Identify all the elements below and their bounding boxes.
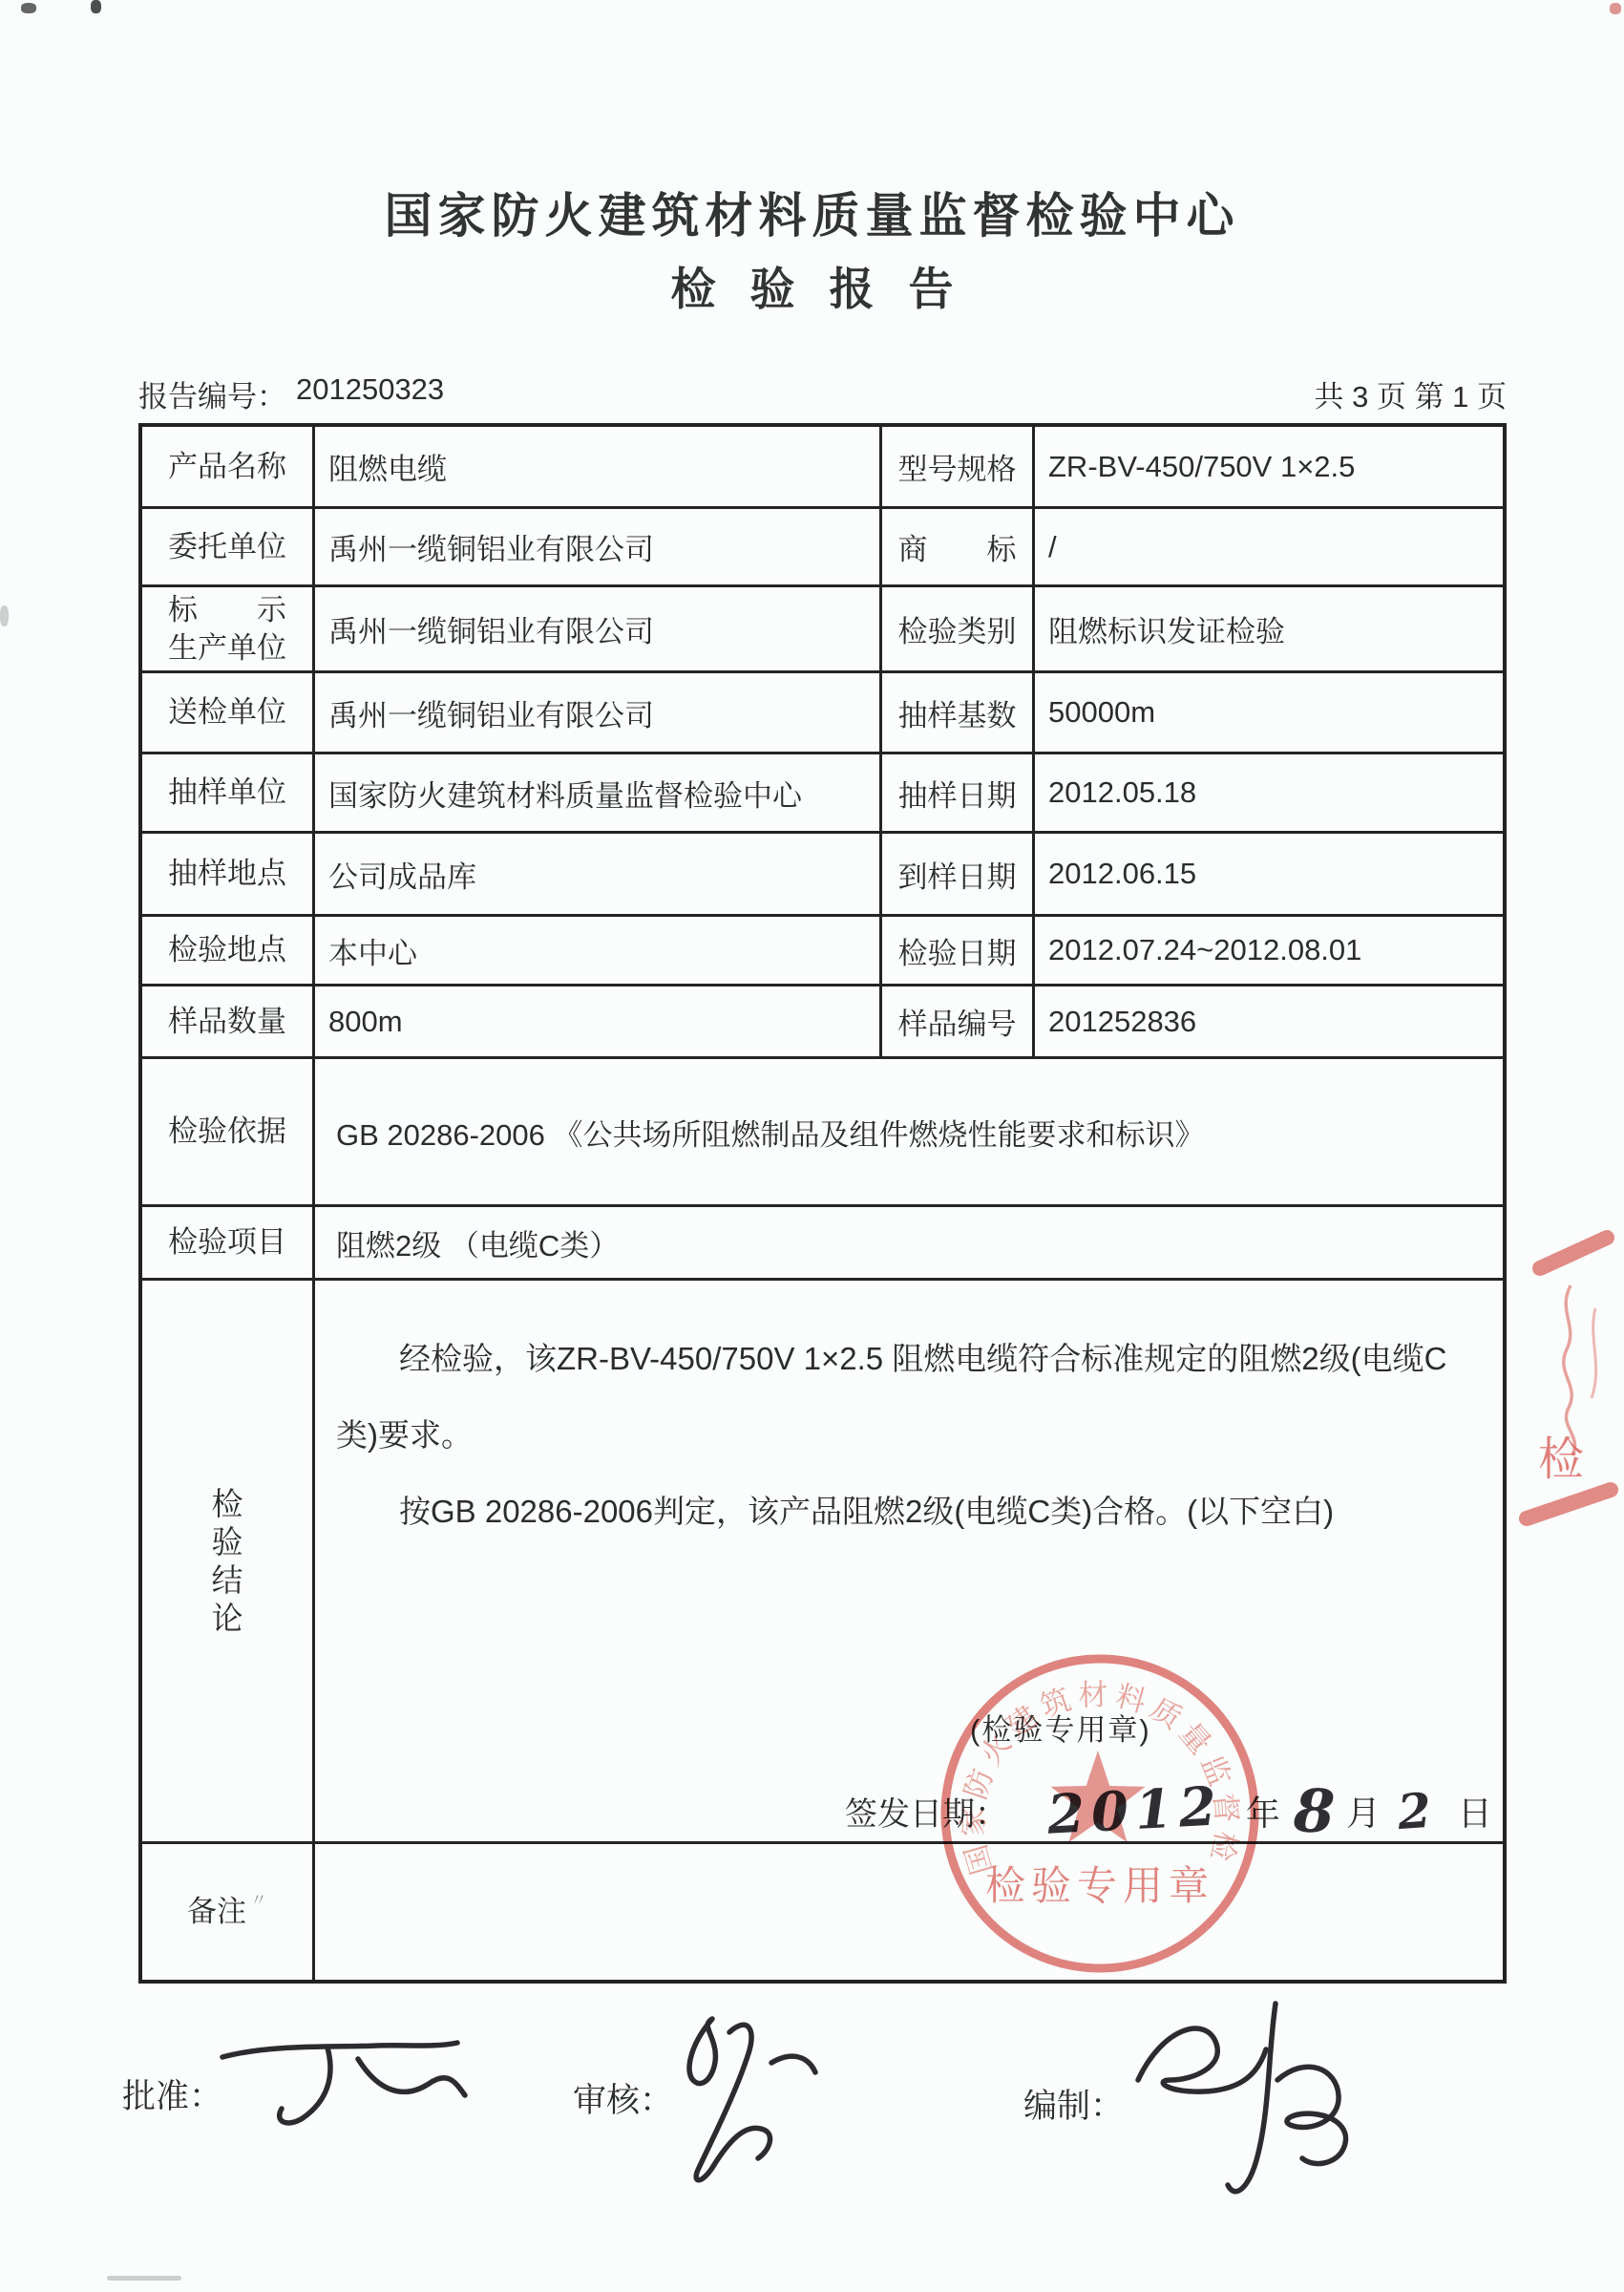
row-value2: 201252836 [1032,987,1503,1056]
table-row-sampling-unit: 抽样单位 国家防火建筑材料质量监督检验中心 抽样日期 2012.05.18 [142,752,1503,831]
table-row-conclusion: 检 验 结 论 经检验，该ZR-BV-450/750V 1×2.5 阻燃电缆符合… [142,1278,1503,1841]
conclusion-paragraph-2: 按GB 20286-2006判定，该产品阻燃2级(电缆C类)合格。(以下空白) [336,1474,1476,1550]
row-label: 送检单位 [142,673,312,752]
table-row-items: 检验项目 阻燃2级 （电缆C类） [142,1204,1503,1278]
row-label2: 商 标 [879,509,1032,584]
row-label2: 抽样日期 [879,754,1032,831]
row-value2: 2012.07.24~2012.08.01 [1032,917,1503,984]
row-label: 标 示 生产单位 [142,587,312,670]
scan-smudge [107,2276,181,2281]
row-value: 禹州一缆铜铝业有限公司 [312,509,879,584]
row-label: 委托单位 [142,509,312,584]
row-value2: ZR-BV-450/750V 1×2.5 [1032,427,1503,506]
handwritten-day: 2 [1396,1781,1433,1839]
scan-smudge [91,0,101,13]
report-number-label: 报告编号： [138,372,286,415]
approve-label: 批准： [122,2070,222,2118]
approve-signature [215,2017,473,2132]
row-value2: / [1032,509,1503,584]
table-row-remark: 备注 〃 [142,1841,1503,1980]
conclusion-label-char: 论 [212,1600,243,1638]
row-value: 本中心 [312,917,879,984]
edge-partial-stamp: 检 [1511,1220,1624,1549]
year-unit: 年 [1246,1787,1280,1836]
row-label2: 检验日期 [879,917,1032,984]
report-number-value: 201250323 [296,372,444,415]
report-table: 产品名称 阻燃电缆 型号规格 ZR-BV-450/750V 1×2.5 委托单位… [138,423,1507,1984]
table-row-sample-qty: 样品数量 800m 样品编号 201252836 [142,984,1503,1056]
row-label2: 抽样基数 [879,673,1032,752]
handwritten-year: 2012 [1045,1774,1224,1847]
row-label2: 样品编号 [879,987,1032,1056]
row-value2: 50000m [1032,673,1503,752]
day-unit: 日 [1458,1787,1492,1836]
issue-date-label: 签发日期： [845,1788,1007,1835]
table-row-basis: 检验依据 GB 20286-2006 《公共场所阻燃制品及组件燃烧性能要求和标识… [142,1056,1503,1204]
conclusion-label-char: 检 [212,1485,243,1523]
row-label: 检验依据 [142,1059,312,1204]
row-value: 公司成品库 [312,834,879,914]
review-signature [657,2005,848,2206]
row-label: 样品数量 [142,987,312,1056]
row-label: 抽样单位 [142,754,312,831]
month-unit: 月 [1346,1787,1381,1836]
row-label: 抽样地点 [142,834,312,914]
row-value: 800m [312,987,879,1056]
row-value: 禹州一缆铜铝业有限公司 [312,587,879,670]
prepare-signature [1125,1988,1373,2208]
conclusion-label-char: 验 [212,1523,243,1561]
page-count: 共 3 页 第 1 页 [1314,372,1507,415]
row-label: 检验项目 [142,1207,312,1278]
table-row-test-place: 检验地点 本中心 检验日期 2012.07.24~2012.08.01 [142,914,1503,984]
row-value: 阻燃2级 （电缆C类） [312,1207,1503,1278]
report-meta-line: 报告编号： 201250323 共 3 页 第 1 页 [138,372,1507,415]
stamp-note: (检验专用章) [970,1706,1151,1749]
handwritten-month: 8 [1293,1775,1337,1846]
issue-date-line: 签发日期： 2012 年 8 月 2 日 [845,1774,1492,1847]
row-label2: 检验类别 [879,587,1032,670]
table-row-submitter: 送检单位 禹州一缆铜铝业有限公司 抽样基数 50000m [142,670,1503,752]
table-row-manufacturer: 标 示 生产单位 禹州一缆铜铝业有限公司 检验类别 阻燃标识发证检验 [142,584,1503,670]
report-number: 报告编号： 201250323 [138,372,444,415]
report-page: 国家防火建筑材料质量监督检验中心 检验报告 报告编号： 201250323 共 … [0,0,1624,2292]
scan-smudge [0,605,9,626]
row-value: 国家防火建筑材料质量监督检验中心 [312,754,879,831]
row-label: 产品名称 [142,427,312,506]
table-row-product: 产品名称 阻燃电缆 型号规格 ZR-BV-450/750V 1×2.5 [142,427,1503,506]
row-value2: 2012.05.18 [1032,754,1503,831]
scan-smudge-red [1610,3,1621,14]
conclusion-label: 检 验 结 论 [142,1281,312,1841]
table-row-client: 委托单位 禹州一缆铜铝业有限公司 商 标 / [142,506,1503,584]
row-value: GB 20286-2006 《公共场所阻燃制品及组件燃烧性能要求和标识》 [312,1059,1503,1204]
row-label2: 到样日期 [879,834,1032,914]
document-title: 国家防火建筑材料质量监督检验中心 [0,178,1624,246]
row-value2: 阻燃标识发证检验 [1032,587,1503,670]
conclusion-paragraph-1: 经检验，该ZR-BV-450/750V 1×2.5 阻燃电缆符合标准规定的阻燃2… [336,1321,1476,1474]
row-label2: 型号规格 [879,427,1032,506]
remark-label: 备注 〃 [142,1844,312,1980]
row-label: 检验地点 [142,917,312,984]
prepare-label: 编制： [1023,2080,1124,2128]
remark-value [312,1844,1503,1980]
edge-stamp-char: 检 [1538,1434,1584,1485]
row-value: 阻燃电缆 [312,427,879,506]
conclusion-label-char: 结 [212,1561,243,1600]
table-row-sampling-place: 抽样地点 公司成品库 到样日期 2012.06.15 [142,831,1503,914]
row-value2: 2012.06.15 [1032,834,1503,914]
row-value: 禹州一缆铜铝业有限公司 [312,673,879,752]
conclusion-body: 经检验，该ZR-BV-450/750V 1×2.5 阻燃电缆符合标准规定的阻燃2… [312,1281,1503,1841]
document-subtitle: 检验报告 [0,254,1624,318]
remark-stray-mark: 〃 [250,1881,267,1920]
scan-smudge [21,3,36,13]
